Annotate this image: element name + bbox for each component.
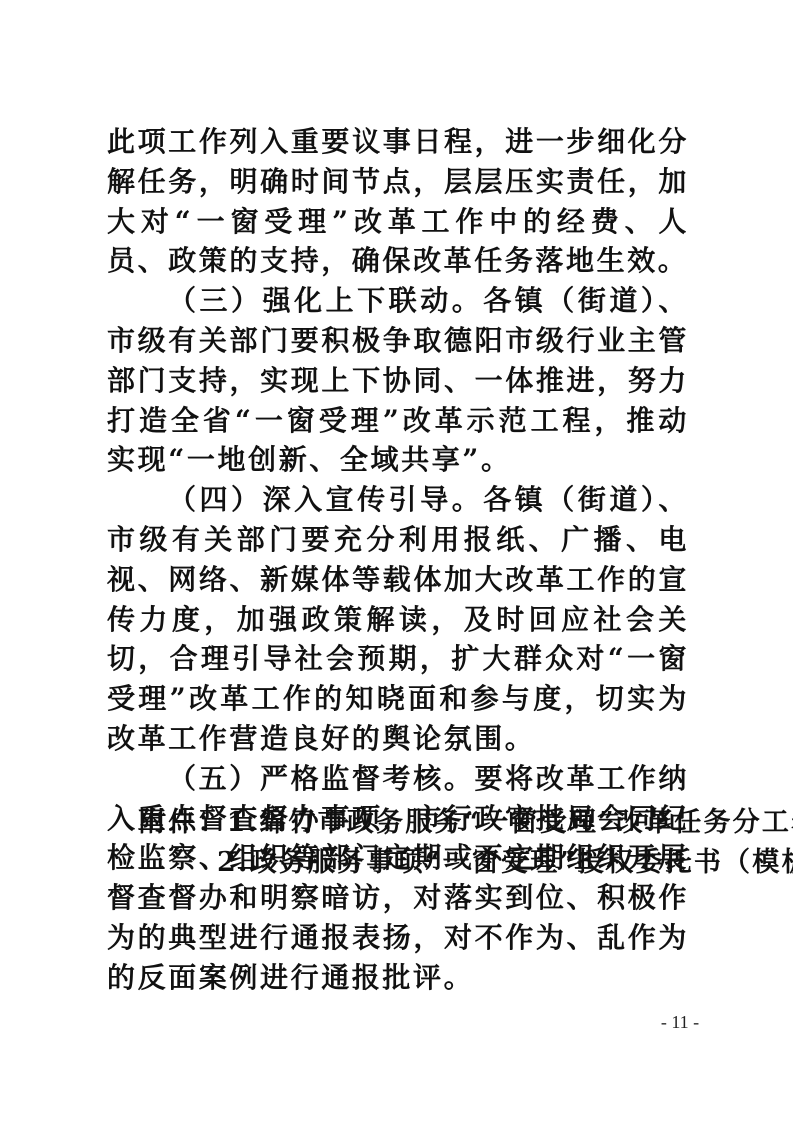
attachment-item-2: 2.政务服务事项“一窗受理”授权委托书（模板） [139,843,699,883]
attachment-title: 2.政务服务事项“一窗受理”授权委托书（模板） [217,847,793,878]
page-number: - 11 - [650,1012,710,1033]
paragraph-heading: （五）严格监督考核。 [168,762,475,795]
attachments-label: 附件： [139,807,227,838]
paragraph-heading: （四）深入宣传引导。 [168,483,483,516]
document-page: 此项工作列入重要议事日程，进一步细化分解任务，明确时间节点，层层压实责任，加大对… [0,0,793,1122]
paragraph-strengthen-linkage: （三）强化上下联动。各镇（街道）、市级有关部门要积极争取德阳市级行业主管部门支持… [107,281,689,480]
paragraph-heading: （三）强化上下联动。 [168,284,483,317]
attachment-title: 1.绵竹市政务服务“一窗受理”改革任务分工表 [227,807,793,838]
paragraph-text: 此项工作列入重要议事日程，进一步细化分解任务，明确时间节点，层层压实责任，加大对… [107,125,689,277]
attachments-list: 附件：1.绵竹市政务服务“一窗受理”改革任务分工表 2.政务服务事项“一窗受理”… [139,803,699,883]
attachment-item-1: 附件：1.绵竹市政务服务“一窗受理”改革任务分工表 [139,803,699,843]
paragraph-continuation: 此项工作列入重要议事日程，进一步细化分解任务，明确时间节点，层层压实责任，加大对… [107,122,689,281]
paragraph-text: 各镇（街道）、市级有关部门要充分利用报纸、广播、电视、网络、新媒体等载体加大改革… [107,483,689,755]
paragraph-publicity-guidance: （四）深入宣传引导。各镇（街道）、市级有关部门要充分利用报纸、广播、电视、网络、… [107,480,689,759]
